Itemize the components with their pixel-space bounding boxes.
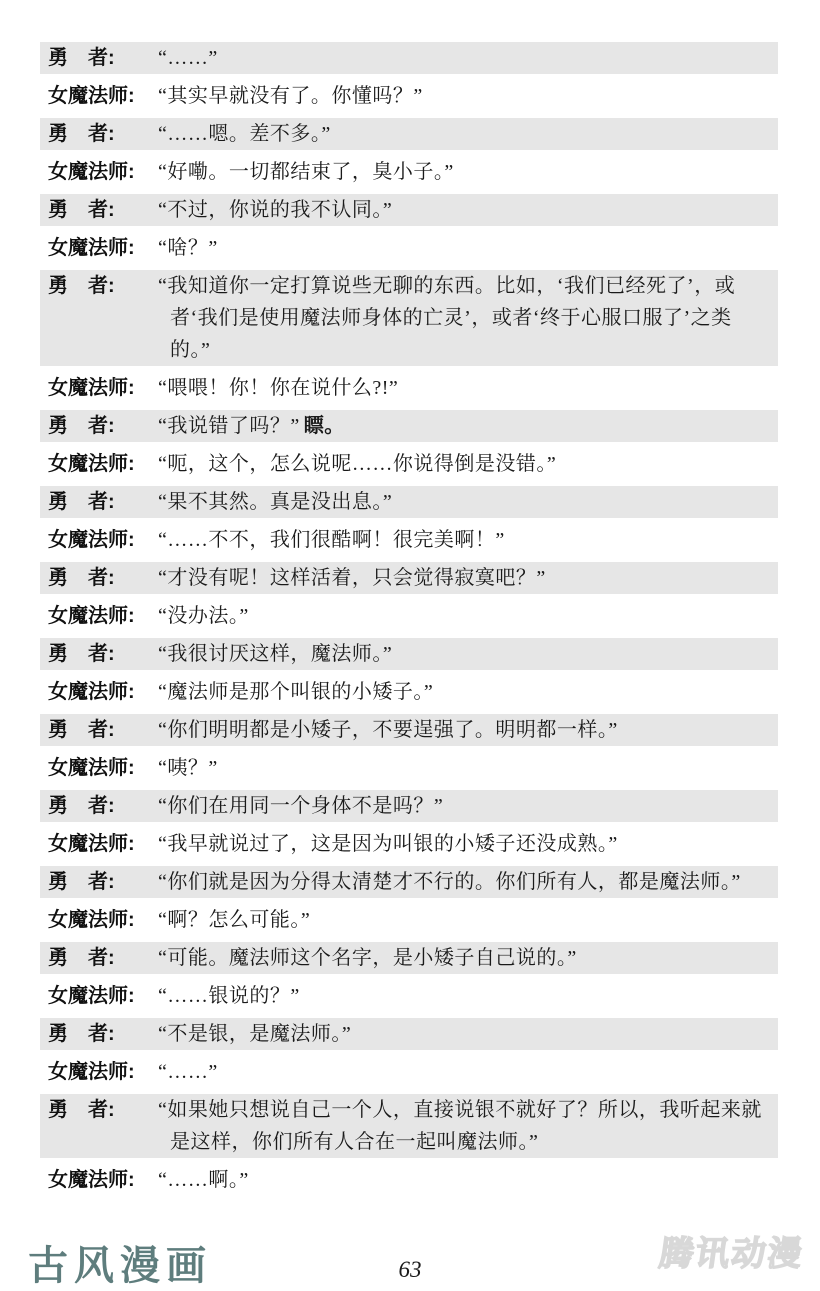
speaker-label: 勇 者: bbox=[48, 1018, 148, 1050]
dialogue-row: 勇 者:“你们明明都是小矮子，不要逞强了。明明都一样。” bbox=[40, 714, 778, 746]
dialogue-action-text: 瞟。 bbox=[304, 415, 345, 437]
dialogue-text: “咦？” bbox=[158, 752, 772, 784]
speaker-label: 勇 者: bbox=[48, 118, 148, 150]
speaker-label: 女魔法师: bbox=[48, 156, 148, 188]
speaker-label: 女魔法师: bbox=[48, 232, 148, 264]
dialogue-text: “你们就是因为分得太清楚才不行的。你们所有人，都是魔法师。” bbox=[158, 866, 772, 898]
speaker-label: 女魔法师: bbox=[48, 676, 148, 708]
dialogue-list: 勇 者:“……”女魔法师:“其实早就没有了。你懂吗？”勇 者:“……嗯。差不多。… bbox=[40, 42, 778, 1202]
dialogue-row: 女魔法师:“……啊。” bbox=[40, 1164, 778, 1196]
dialogue-row: 勇 者:“不是银，是魔法师。” bbox=[40, 1018, 778, 1050]
dialogue-text: “……嗯。差不多。” bbox=[158, 118, 772, 150]
speaker-label: 勇 者: bbox=[48, 638, 148, 670]
dialogue-row: 女魔法师:“……” bbox=[40, 1056, 778, 1088]
speaker-label: 女魔法师: bbox=[48, 80, 148, 112]
speaker-label: 勇 者: bbox=[48, 866, 148, 898]
speaker-label: 女魔法师: bbox=[48, 980, 148, 1012]
dialogue-row: 勇 者:“我知道你一定打算说些无聊的东西。比如，‘我们已经死了’，或者‘我们是使… bbox=[40, 270, 778, 366]
dialogue-text: “我很讨厌这样，魔法师。” bbox=[158, 638, 772, 670]
dialogue-row: 女魔法师:“……不不，我们很酷啊！很完美啊！” bbox=[40, 524, 778, 556]
speaker-label: 勇 者: bbox=[48, 714, 148, 746]
dialogue-text: “……不不，我们很酷啊！很完美啊！” bbox=[158, 524, 772, 556]
speaker-label: 勇 者: bbox=[48, 942, 148, 974]
dialogue-row: 女魔法师:“啥？” bbox=[40, 232, 778, 264]
dialogue-text: “我早就说过了，这是因为叫银的小矮子还没成熟。” bbox=[158, 828, 772, 860]
dialogue-row: 女魔法师:“其实早就没有了。你懂吗？” bbox=[40, 80, 778, 112]
dialogue-text: “如果她只想说自己一个人，直接说银不就好了？所以，我听起来就是这样，你们所有人合… bbox=[158, 1094, 772, 1158]
dialogue-text: “你们明明都是小矮子，不要逞强了。明明都一样。” bbox=[158, 714, 772, 746]
speaker-label: 勇 者: bbox=[48, 410, 148, 442]
dialogue-row: 女魔法师:“好嘞。一切都结束了，臭小子。” bbox=[40, 156, 778, 188]
dialogue-row: 勇 者:“才没有呢！这样活着，只会觉得寂寞吧？” bbox=[40, 562, 778, 594]
speaker-label: 女魔法师: bbox=[48, 904, 148, 936]
speaker-label: 勇 者: bbox=[48, 486, 148, 518]
dialogue-text: “呃，这个，怎么说呢……你说得倒是没错。” bbox=[158, 448, 772, 480]
dialogue-text: “……” bbox=[158, 42, 772, 74]
speaker-label: 勇 者: bbox=[48, 562, 148, 594]
speaker-label: 女魔法师: bbox=[48, 1164, 148, 1196]
dialogue-text: “好嘞。一切都结束了，臭小子。” bbox=[158, 156, 772, 188]
dialogue-text: “……啊。” bbox=[158, 1164, 772, 1196]
dialogue-row: 女魔法师:“呃，这个，怎么说呢……你说得倒是没错。” bbox=[40, 448, 778, 480]
dialogue-row: 女魔法师:“魔法师是那个叫银的小矮子。” bbox=[40, 676, 778, 708]
speaker-label: 勇 者: bbox=[48, 1094, 148, 1126]
speaker-label: 勇 者: bbox=[48, 790, 148, 822]
dialogue-text: “果不其然。真是没出息。” bbox=[158, 486, 772, 518]
dialogue-row: 勇 者:“我说错了吗？”瞟。 bbox=[40, 410, 778, 442]
speaker-label: 女魔法师: bbox=[48, 600, 148, 632]
dialogue-row: 勇 者:“……” bbox=[40, 42, 778, 74]
dialogue-text: “……银说的？” bbox=[158, 980, 772, 1012]
dialogue-row: 勇 者:“可能。魔法师这个名字，是小矮子自己说的。” bbox=[40, 942, 778, 974]
speaker-label: 勇 者: bbox=[48, 194, 148, 226]
dialogue-text: “我知道你一定打算说些无聊的东西。比如，‘我们已经死了’，或者‘我们是使用魔法师… bbox=[158, 270, 772, 366]
dialogue-text: “才没有呢！这样活着，只会觉得寂寞吧？” bbox=[158, 562, 772, 594]
dialogue-text: “你们在用同一个身体不是吗？” bbox=[158, 790, 772, 822]
dialogue-text: “没办法。” bbox=[158, 600, 772, 632]
speaker-label: 女魔法师: bbox=[48, 448, 148, 480]
dialogue-row: 勇 者:“如果她只想说自己一个人，直接说银不就好了？所以，我听起来就是这样，你们… bbox=[40, 1094, 778, 1158]
dialogue-row: 女魔法师:“喂喂！你！你在说什么?!” bbox=[40, 372, 778, 404]
dialogue-text: “喂喂！你！你在说什么?!” bbox=[158, 372, 772, 404]
dialogue-text: “可能。魔法师这个名字，是小矮子自己说的。” bbox=[158, 942, 772, 974]
dialogue-row: 女魔法师:“没办法。” bbox=[40, 600, 778, 632]
speaker-label: 女魔法师: bbox=[48, 752, 148, 784]
speaker-label: 女魔法师: bbox=[48, 828, 148, 860]
dialogue-text: “啊？怎么可能。” bbox=[158, 904, 772, 936]
dialogue-row: 女魔法师:“咦？” bbox=[40, 752, 778, 784]
dialogue-text: “不过，你说的我不认同。” bbox=[158, 194, 772, 226]
dialogue-row: 勇 者:“你们就是因为分得太清楚才不行的。你们所有人，都是魔法师。” bbox=[40, 866, 778, 898]
dialogue-text: “……” bbox=[158, 1056, 772, 1088]
speaker-label: 女魔法师: bbox=[48, 524, 148, 556]
speaker-label: 勇 者: bbox=[48, 270, 148, 302]
dialogue-text: “不是银，是魔法师。” bbox=[158, 1018, 772, 1050]
dialogue-text: “我说错了吗？”瞟。 bbox=[158, 410, 772, 442]
dialogue-row: 女魔法师:“我早就说过了，这是因为叫银的小矮子还没成熟。” bbox=[40, 828, 778, 860]
dialogue-text: “魔法师是那个叫银的小矮子。” bbox=[158, 676, 772, 708]
dialogue-row: 女魔法师:“……银说的？” bbox=[40, 980, 778, 1012]
dialogue-row: 女魔法师:“啊？怎么可能。” bbox=[40, 904, 778, 936]
dialogue-row: 勇 者:“果不其然。真是没出息。” bbox=[40, 486, 778, 518]
dialogue-row: 勇 者:“你们在用同一个身体不是吗？” bbox=[40, 790, 778, 822]
dialogue-text: “其实早就没有了。你懂吗？” bbox=[158, 80, 772, 112]
speaker-label: 勇 者: bbox=[48, 42, 148, 74]
watermark-tencent-comics: 腾讯动漫 bbox=[657, 1226, 808, 1275]
speaker-label: 女魔法师: bbox=[48, 372, 148, 404]
dialogue-row: 勇 者:“我很讨厌这样，魔法师。” bbox=[40, 638, 778, 670]
dialogue-text: “啥？” bbox=[158, 232, 772, 264]
dialogue-row: 勇 者:“……嗯。差不多。” bbox=[40, 118, 778, 150]
dialogue-row: 勇 者:“不过，你说的我不认同。” bbox=[40, 194, 778, 226]
speaker-label: 女魔法师: bbox=[48, 1056, 148, 1088]
